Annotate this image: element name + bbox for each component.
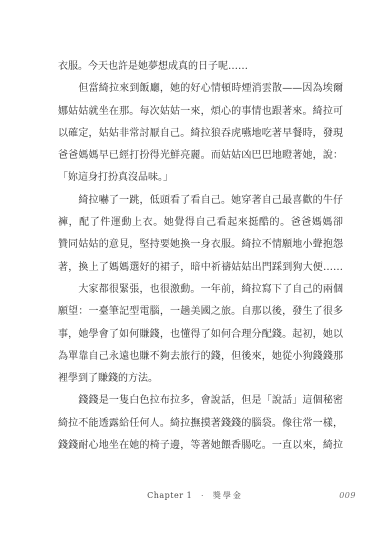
text-line: 為單靠自己永遠也賺不夠去旅行的錢，但後來，她從小狗錢錢那 [58,346,343,368]
chapter-label: Chapter 1 [147,491,192,500]
chapter-title: 獎學金 [213,491,243,500]
text-line: 錢錢是一隻白色拉布拉多，會說話，但是「說話」這個秘密 [58,390,343,412]
text-line: 裡學到了賺錢的方法。 [58,368,343,390]
text-line: 著，換上了媽媽選好的裙子，暗中祈禱姑姑出門踩到狗大便…… [58,257,343,279]
text-line: 錢錢耐心地坐在她的椅子邊，等著她餵香腸吃。一直以來，綺拉 [58,435,343,457]
footer-separator-dot: · [201,489,204,503]
text-line: 但當綺拉來到飯廳，她的好心情頓時煙消雲散——因為埃爾 [58,78,343,100]
text-line: 衣服。今天也許是她夢想成真的日子呢…… [58,56,343,78]
text-line: 綺拉不能透露給任何人。綺拉撫摸著錢錢的腦袋。像往常一樣， [58,413,343,435]
text-line: 娜姑姑就坐在那。每次姑姑一來，煩心的事情也跟著來。綺拉可 [58,101,343,123]
text-line: 願望：一臺筆記型電腦，一趟美國之旅。自那以後，發生了很多 [58,301,343,323]
text-line: 爸爸媽媽早已經打扮得光鮮亮麗。而姑姑凶巴巴地瞪著她，說： [58,145,343,167]
text-line: 贊同姑姑的意見，堅持要她換一身衣服。綺拉不情願地小聲抱怨 [58,234,343,256]
text-line: 事，她學會了如何賺錢，也懂得了如何合理分配錢。起初，她以 [58,324,343,346]
text-block: 衣服。今天也許是她夢想成真的日子呢…… 但當綺拉來到飯廳，她的好心情頓時煙消雲散… [58,56,343,457]
book-page: 衣服。今天也許是她夢想成真的日子呢…… 但當綺拉來到飯廳，她的好心情頓時煙消雲散… [0,0,390,551]
text-line: 大家都很緊張，也很激動。一年前，綺拉寫下了自己的兩個 [58,279,343,301]
running-footer: Chapter 1·獎學金 [0,489,390,503]
text-line: 「妳這身打扮真沒品味。」 [58,167,343,189]
text-line: 綺拉嚇了一跳，低頭看了看自己。她穿著自己最喜歡的牛仔 [58,190,343,212]
page-footer: Chapter 1·獎學金 009 [0,489,390,503]
text-line: 褲，配了件運動上衣。她覺得自己看起來挺酷的。爸爸媽媽卻 [58,212,343,234]
text-line: 以確定，姑姑非常討厭自己。綺拉狼吞虎嚥地吃著早餐時，發現 [58,123,343,145]
page-number: 009 [339,489,356,503]
